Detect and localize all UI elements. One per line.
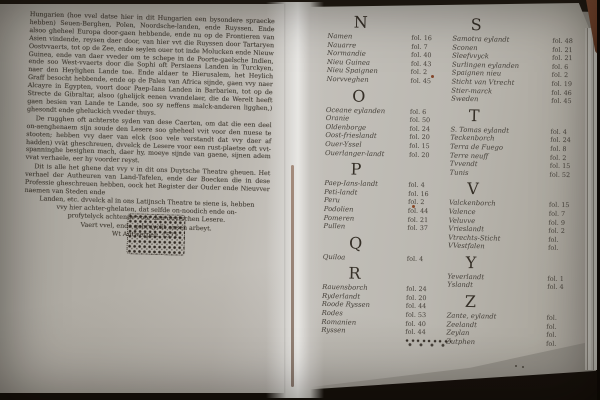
index-entry: Swedenfol. 45	[451, 95, 587, 106]
section-letter: Y	[448, 253, 584, 273]
index-entry: Quiloafol. 4	[323, 253, 443, 264]
index-entry: VVestfalenfol.	[448, 242, 584, 253]
place-name: Yslandt	[447, 281, 547, 292]
index-section-v: V Valckenborchfol. 15 Valencefol. 7 Velu…	[448, 180, 585, 253]
folio-ref: fol. 45	[410, 77, 446, 86]
index-column-right: S Samotra eylandtfol. 48 Sconenfol. 21 S…	[446, 13, 589, 349]
foxing-speck	[412, 205, 415, 208]
index-section-n: N Namenfol. 16 Nauarrefol. 7 Normandiefo…	[326, 13, 447, 86]
section-letter: Z	[447, 293, 583, 313]
folio-ref: fol. 20	[409, 150, 445, 159]
index-entry: Pullenfol. 37	[323, 222, 443, 233]
folio-ref: fol. 45	[551, 97, 587, 106]
index-section-r: R Rauensborchfol. 24 Ryderlandtfol. 20 R…	[321, 264, 442, 337]
section-letter: O	[326, 87, 446, 107]
index-column-left: N Namenfol. 16 Nauarrefol. 7 Normandiefo…	[321, 10, 448, 337]
place-name: Quiloa	[323, 253, 407, 263]
section-letter: V	[449, 180, 585, 200]
folio-ref: fol. 44	[405, 328, 441, 337]
section-letter: T	[451, 106, 587, 126]
place-name: Sweden	[451, 95, 551, 106]
folio-ref: fol. 4	[407, 254, 443, 263]
folio-ref: fol.	[548, 244, 584, 253]
foxing-speck	[62, 140, 64, 142]
section-letter: S	[453, 16, 589, 36]
place-name: Norvveghen	[326, 75, 410, 85]
index-section-s: S Samotra eylandtfol. 48 Sconenfol. 21 S…	[451, 16, 589, 107]
section-letter: Q	[323, 234, 443, 254]
printer-fleuron-row	[405, 338, 451, 350]
folio-ref: fol. 52	[550, 170, 586, 179]
index-section-p: P Paep-Ians-landtfol. 4 Peti-landtfol. 1…	[323, 160, 444, 233]
folio-ref: fol.	[546, 339, 582, 348]
signature-mark	[515, 365, 517, 367]
paragraph-hungarien: Hungarien (hoe vvel datse hier in dit Hu…	[27, 11, 275, 121]
index-section-t: T S. Tomas eylandtfol. 4 Teckenborchfol.…	[450, 106, 587, 179]
folio-ref: fol. 4	[547, 283, 583, 292]
section-letter: P	[325, 160, 445, 180]
place-name: Ouerlanger-landt	[325, 149, 409, 159]
index-entry: Tunisfol. 52	[450, 168, 586, 179]
index-section-q: Q Quiloafol. 4	[323, 234, 444, 264]
index-entry: Yslandtfol. 4	[447, 281, 583, 292]
open-book-photo: Hungarien (hoe vvel datse hier in dit Hu…	[0, 0, 600, 400]
section-letter: N	[328, 13, 448, 33]
foxing-speck	[431, 75, 434, 78]
index-section-z: Z Zante, eylandtfol. Zeelandtfol. Zeylan…	[446, 293, 583, 349]
place-name: Tunis	[450, 168, 550, 179]
left-page-text: Hungarien (hoe vvel datse hier in dit Hu…	[23, 11, 275, 244]
binding-sliver	[291, 165, 294, 387]
place-name: VVestfalen	[448, 242, 548, 253]
folio-ref: fol. 37	[407, 224, 443, 233]
place-name: Ryssen	[321, 326, 405, 336]
index-entry: Ouerlanger-landtfol. 20	[325, 149, 445, 160]
section-letter: R	[322, 264, 442, 284]
index-entry: Norvveghenfol. 45	[326, 75, 446, 86]
paragraph-rugghen: De rugghen oft achterste syden van dese …	[26, 115, 272, 170]
index-section-o: O Oceane eylandenfol. 6 Oraniefol. 50 Ol…	[325, 87, 446, 160]
book-gutter	[266, 2, 324, 398]
place-name: Pullen	[323, 222, 407, 232]
printer-lace-ornament	[126, 213, 185, 256]
index-section-y: Y Yeverlandtfol. 1 Yslandtfol. 4	[447, 253, 584, 292]
